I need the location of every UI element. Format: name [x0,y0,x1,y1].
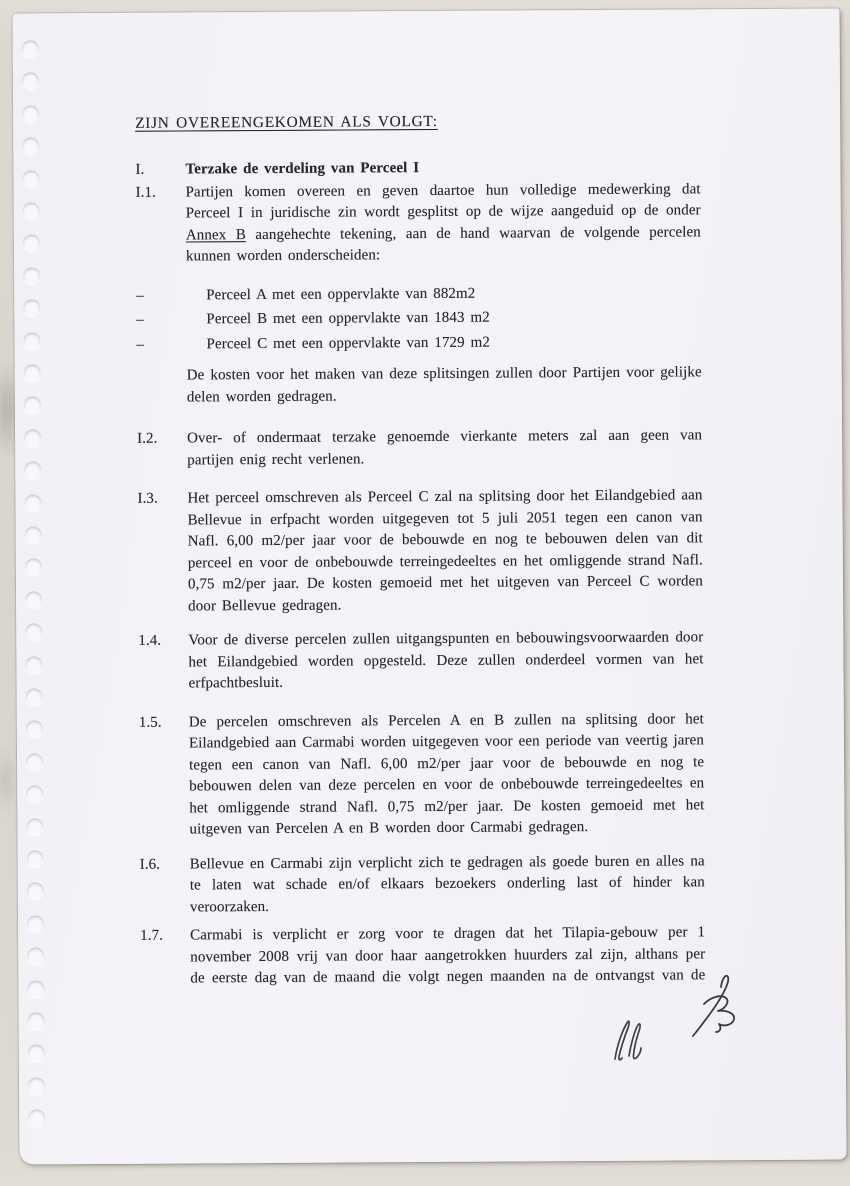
binder-hole [26,688,43,705]
scanned-document-screenshot: { "scan": { "background_color": "#d9d5cd… [0,0,850,1186]
clause-text: Voor de diverse percelen zullen uitgangs… [188,627,703,695]
binder-hole [25,526,42,543]
binder-hole [22,138,39,155]
list-item: – Perceel A met een oppervlakte van 882m… [136,280,736,308]
parcel-item-text: Perceel B met een oppervlakte van 1843 m… [206,306,490,332]
binder-hole [27,850,44,867]
clause-row: 1.5. De percelen omschreven als Percelen… [139,709,740,842]
parcel-item-text: Perceel A met een oppervlakte van 882m2 [206,281,475,307]
binder-hole [25,656,42,673]
clause-number: I.3. [137,488,187,510]
clause-row: I.1. Partijen komen overeen en geven daa… [136,179,737,269]
clause-text: Het perceel omschreven als Perceel C zal… [187,485,703,617]
binder-hole [22,40,39,57]
binder-hole [24,397,41,414]
clause-number: I.2. [137,428,187,450]
binder-hole [26,818,43,835]
binder-hole [23,300,40,317]
binder-hole [22,105,39,122]
clause-row: I.3. Het perceel omschreven als Perceel … [137,485,738,618]
document-content: ZIJN OVEREENGEKOMEN ALS VOLGT: I. Terzak… [135,110,740,990]
clause-row: I.2. Over- of ondermaat terzake genoemde… [137,425,737,472]
dash-bullet-icon: – [136,283,206,308]
clause-number: 1.4. [138,630,188,652]
binder-hole [26,721,43,738]
binder-hole [24,494,41,511]
clause-text: Bellevue en Carmabi zijn verplicht zich … [190,851,705,919]
clause-text: Carmabi is verplicht er zorg voor te dra… [190,922,705,990]
binder-hole [24,462,41,479]
section-title: Terzake de verdeling van Perceel I [185,156,700,181]
clause-text: Over- of ondermaat terzake genoemde vier… [187,425,702,471]
binder-hole [23,267,40,284]
scanner-smudge [0,745,18,815]
binder-hole [27,948,44,965]
clause-text: Partijen komen overeen en geven daartoe … [186,179,702,268]
binder-hole [26,753,43,770]
binder-hole [23,202,40,219]
dash-bullet-icon: – [136,307,206,332]
clause-text: De percelen omschreven als Percelen A en… [189,709,705,841]
clause-number: I.6. [140,854,190,876]
section-heading-row: I. Terzake de verdeling van Perceel I [135,156,735,181]
dash-bullet-icon: – [136,332,206,357]
clause-number: I.1. [136,182,186,204]
binder-hole [25,591,42,608]
binder-hole [25,624,42,641]
clause-number: 1.5. [139,712,189,734]
list-item: – Perceel C met een oppervlakte van 1729… [136,329,736,357]
clause-row: 1.4. Voor de diverse percelen zullen uit… [138,627,738,695]
parcel-item-text: Perceel C met een oppervlakte van 1729 m… [206,330,490,356]
binder-hole [22,73,39,90]
scanned-page: ZIJN OVEREENGEKOMEN ALS VOLGT: I. Terzak… [12,8,846,1164]
clause-row: I.6. Bellevue en Carmabi zijn verplicht … [140,851,740,919]
binder-hole [23,235,40,252]
list-item: – Perceel B met een oppervlakte van 1843… [136,304,736,332]
clause-text-after: aangehechte tekening, aan de hand waarva… [186,224,701,265]
binder-hole [28,1045,45,1062]
annex-b-reference: Annex B [186,227,246,243]
binder-hole [26,786,43,803]
binder-holes [12,13,59,1164]
binder-hole [28,1110,45,1127]
binder-hole [27,883,44,900]
binder-hole [28,1077,45,1094]
binder-hole [25,559,42,576]
binder-hole [22,170,39,187]
binder-hole [27,915,44,932]
binder-hole [28,1012,45,1029]
clause-number: 1.7. [140,925,190,947]
section-number: I. [135,159,185,181]
binder-hole [27,980,44,997]
binder-hole [24,429,41,446]
binder-hole [24,364,41,381]
costs-note-paragraph: De kosten voor het maken van deze splits… [187,362,702,408]
document-heading: ZIJN OVEREENGEKOMEN ALS VOLGT: [135,110,735,134]
clause-text-before: Partijen komen overeen en geven daartoe … [186,181,701,222]
binder-hole [23,332,40,349]
parcel-list: – Perceel A met een oppervlakte van 882m… [136,280,736,357]
clause-row: 1.7. Carmabi is verplicht er zorg voor t… [140,922,740,990]
